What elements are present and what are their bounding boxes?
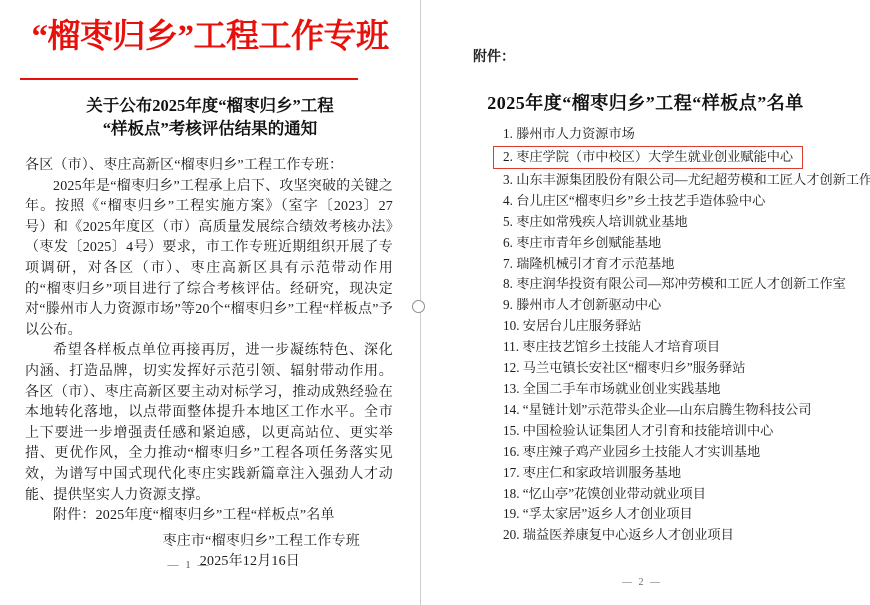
page-number-1: — 1 — bbox=[0, 559, 378, 571]
list-item: 5. 枣庄如常残疾人培训就业基地 bbox=[503, 212, 865, 233]
list-item: 4. 台儿庄区“榴枣归乡”乡土技艺手造体验中心 bbox=[503, 191, 865, 212]
list-item: 6. 枣庄市青年乡创赋能基地 bbox=[503, 233, 865, 254]
list-item: 7. 瑞隆机械引才育才示范基地 bbox=[503, 254, 865, 275]
list-item-text: 13. 全国二手车市场就业创业实践基地 bbox=[503, 381, 721, 396]
list-item: 15. 中国检验认证集团人才引育和技能培训中心 bbox=[503, 421, 865, 442]
list-title: 2025年度“榴枣归乡”工程“样板点”名单 bbox=[421, 89, 870, 115]
list-item: 11. 枣庄技艺馆乡土技能人才培育项目 bbox=[503, 337, 865, 358]
list-item: 12. 马兰屯镇长安社区“榴枣归乡”服务驿站 bbox=[503, 358, 865, 379]
page-number-2: — 2 — bbox=[421, 577, 863, 588]
list-item-text: 7. 瑞隆机械引才育才示范基地 bbox=[503, 256, 674, 271]
list-item-text: 3. 山东丰源集团股份有限公司—尤纪超劳模和工匠人才创新工作室 bbox=[503, 172, 870, 187]
list-item-text: 16. 枣庄辣子鸡产业园乡土技能人才实训基地 bbox=[503, 444, 760, 459]
list-item: 10. 安居台儿庄服务驿站 bbox=[503, 316, 865, 337]
list-item-text: 20. 瑞益医养康复中心返乡人才创业项目 bbox=[503, 527, 734, 542]
list-item: 16. 枣庄辣子鸡产业园乡土技能人才实训基地 bbox=[503, 442, 865, 463]
salutation: 各区（市）、枣庄高新区“榴枣归乡”工程工作专班： bbox=[25, 156, 393, 177]
binding-hole-marker bbox=[412, 300, 425, 313]
list-item: 8. 枣庄润华投资有限公司—郑冲劳模和工匠人才创新工作室 bbox=[503, 274, 865, 295]
list-item-text: 11. 枣庄技艺馆乡土技能人才培育项目 bbox=[503, 339, 720, 354]
document-body: 各区（市）、枣庄高新区“榴枣归乡”工程工作专班： 2025年是“榴枣归乡”工程承… bbox=[25, 156, 393, 573]
list-item-text: 18. “忆山亭”花馍创业带动就业项目 bbox=[503, 486, 706, 501]
attachment-note: 附件：2025年度“榴枣归乡”工程“样板点”名单 bbox=[25, 506, 393, 527]
banner-rule bbox=[20, 78, 358, 80]
list-item: 1. 滕州市人力资源市场 bbox=[503, 124, 865, 145]
document-title-line-2: “样板点”考核评估结果的通知 bbox=[0, 118, 420, 141]
list-item-text: 17. 枣庄仁和家政培训服务基地 bbox=[503, 465, 681, 480]
list-item-text: 9. 滕州市人才创新驱动中心 bbox=[503, 297, 661, 312]
list-item-text: 15. 中国检验认证集团人才引育和技能培训中心 bbox=[503, 423, 773, 438]
list-item: 18. “忆山亭”花馍创业带动就业项目 bbox=[503, 484, 865, 505]
paragraph-1: 2025年是“榴枣归乡”工程承上启下、攻坚突破的关键之年。按照《“榴枣归乡”工程… bbox=[25, 177, 393, 342]
document-page-1: “榴枣归乡”工程工作专班 关于公布2025年度“榴枣归乡”工程 “样板点”考核评… bbox=[0, 0, 420, 605]
list-item-text: 5. 枣庄如常残疾人培训就业基地 bbox=[503, 214, 688, 229]
list-item: 19. “孚太家居”返乡人才创业项目 bbox=[503, 504, 865, 525]
list-item-text: 1. 滕州市人力资源市场 bbox=[503, 126, 635, 141]
signer: 枣庄市“榴枣归乡”工程工作专班 bbox=[25, 532, 393, 553]
document-title: 关于公布2025年度“榴枣归乡”工程 “样板点”考核评估结果的通知 bbox=[0, 95, 420, 140]
list-item-text: 12. 马兰屯镇长安社区“榴枣归乡”服务驿站 bbox=[503, 360, 746, 375]
document-title-line-1: 关于公布2025年度“榴枣归乡”工程 bbox=[0, 95, 420, 118]
list-item: 17. 枣庄仁和家政培训服务基地 bbox=[503, 463, 865, 484]
list-item-text: 4. 台儿庄区“榴枣归乡”乡土技艺手造体验中心 bbox=[503, 193, 765, 208]
banner-title: “榴枣归乡”工程工作专班 bbox=[0, 13, 420, 61]
list-item: 14. “星链计划”示范带头企业—山东启腾生物科技公司 bbox=[503, 400, 865, 421]
list-item-text: 14. “星链计划”示范带头企业—山东启腾生物科技公司 bbox=[503, 402, 811, 417]
list-item: 20. 瑞益医养康复中心返乡人才创业项目 bbox=[503, 525, 865, 546]
list-item: 9. 滕州市人才创新驱动中心 bbox=[503, 295, 865, 316]
sample-point-list: 1. 滕州市人力资源市场2. 枣庄学院（市中校区）大学生就业创业赋能中心3. 山… bbox=[503, 124, 865, 546]
attachment-label: 附件： bbox=[473, 46, 870, 66]
list-item-text: 6. 枣庄市青年乡创赋能基地 bbox=[503, 235, 661, 250]
paragraph-2: 希望各样板点单位再接再厉，进一步凝练特色、深化内涵、打造品牌，切实发挥好示范引领… bbox=[25, 341, 393, 506]
list-item-text: 8. 枣庄润华投资有限公司—郑冲劳模和工匠人才创新工作室 bbox=[503, 276, 846, 291]
list-item: 13. 全国二手车市场就业创业实践基地 bbox=[503, 379, 865, 400]
highlighted-item-box: 2. 枣庄学院（市中校区）大学生就业创业赋能中心 bbox=[493, 146, 803, 169]
document-page-2: 附件： 2025年度“榴枣归乡”工程“样板点”名单 1. 滕州市人力资源市场2.… bbox=[421, 0, 870, 605]
list-item: 3. 山东丰源集团股份有限公司—尤纪超劳模和工匠人才创新工作室 bbox=[503, 170, 865, 191]
list-item-text: 10. 安居台儿庄服务驿站 bbox=[503, 318, 641, 333]
list-item-text: 19. “孚太家居”返乡人才创业项目 bbox=[503, 506, 693, 521]
list-item: 2. 枣庄学院（市中校区）大学生就业创业赋能中心 bbox=[503, 145, 865, 170]
